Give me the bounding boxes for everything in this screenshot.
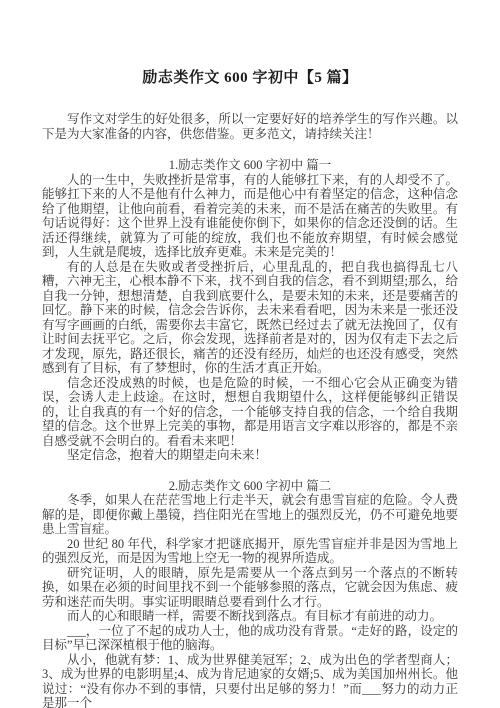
essay-section-1: 1.励志类作文 600 字初中 篇一 人的一生中，失败挫折是常事，有的人能够扛下… [42, 158, 458, 463]
essay-paragraph: 从小，他就有梦：1、成为世界健美冠军；2、成为出色的学者型商人；3、成为世界的电… [42, 653, 458, 708]
intro-paragraph: 写作文对学生的好处很多，所以一定要好好的培养学生的写作兴趣。以下是为大家准备的内… [42, 112, 458, 141]
essay-section-2: 2.励志类作文 600 字初中 篇二 冬季，如果人在茫茫雪地上行走半天，就会有患… [42, 479, 458, 708]
essay-paragraph: 信念还没成熟的时候，也是危险的时候，一不细心它会从正确变为错误，会诱人走上歧途。… [42, 376, 458, 449]
essay-paragraph: 冬季，如果人在茫茫雪地上行走半天，就会有患雪盲症的危险。令人费解的是，即便你戴上… [42, 493, 458, 537]
section-heading-2: 2.励志类作文 600 字初中 篇二 [42, 479, 458, 494]
page-title: 励志类作文 600 字初中【5 篇】 [42, 66, 458, 87]
document-page: 励志类作文 600 字初中【5 篇】 写作文对学生的好处很多，所以一定要好好的培… [0, 0, 500, 708]
essay-paragraph: 人的一生中，失败挫折是常事，有的人能够扛下来，有的人却受不了。能够扛下来的人不是… [42, 173, 458, 260]
section-heading-1: 1.励志类作文 600 字初中 篇一 [42, 158, 458, 173]
essay-paragraph: 有的人总是在失败或者受挫折后，心里乱乱的，把自我也搞得乱七八糟，六神无主，心根本… [42, 260, 458, 376]
essay-paragraph: 20 世纪 80 年代，科学家才把谜底揭开，原先雪盲症并非是因为雪地上的强烈反光… [42, 537, 458, 566]
essay-paragraph: 坚定信念，抱着大的期望走向未来！ [42, 448, 458, 463]
essay-paragraph: 研究证明，人的眼睛，原先是需要从一个落点到另一个落点的不断转换，如果在必须的时间… [42, 566, 458, 610]
essay-paragraph: 而人的心和眼睛一样，需要不断找到落点。有目标才有前进的动力。 [42, 609, 458, 624]
essay-paragraph: ___，一位了不起的成功人士，他的成功没有背景。“走好的路，设定的目标”早已深深… [42, 624, 458, 653]
